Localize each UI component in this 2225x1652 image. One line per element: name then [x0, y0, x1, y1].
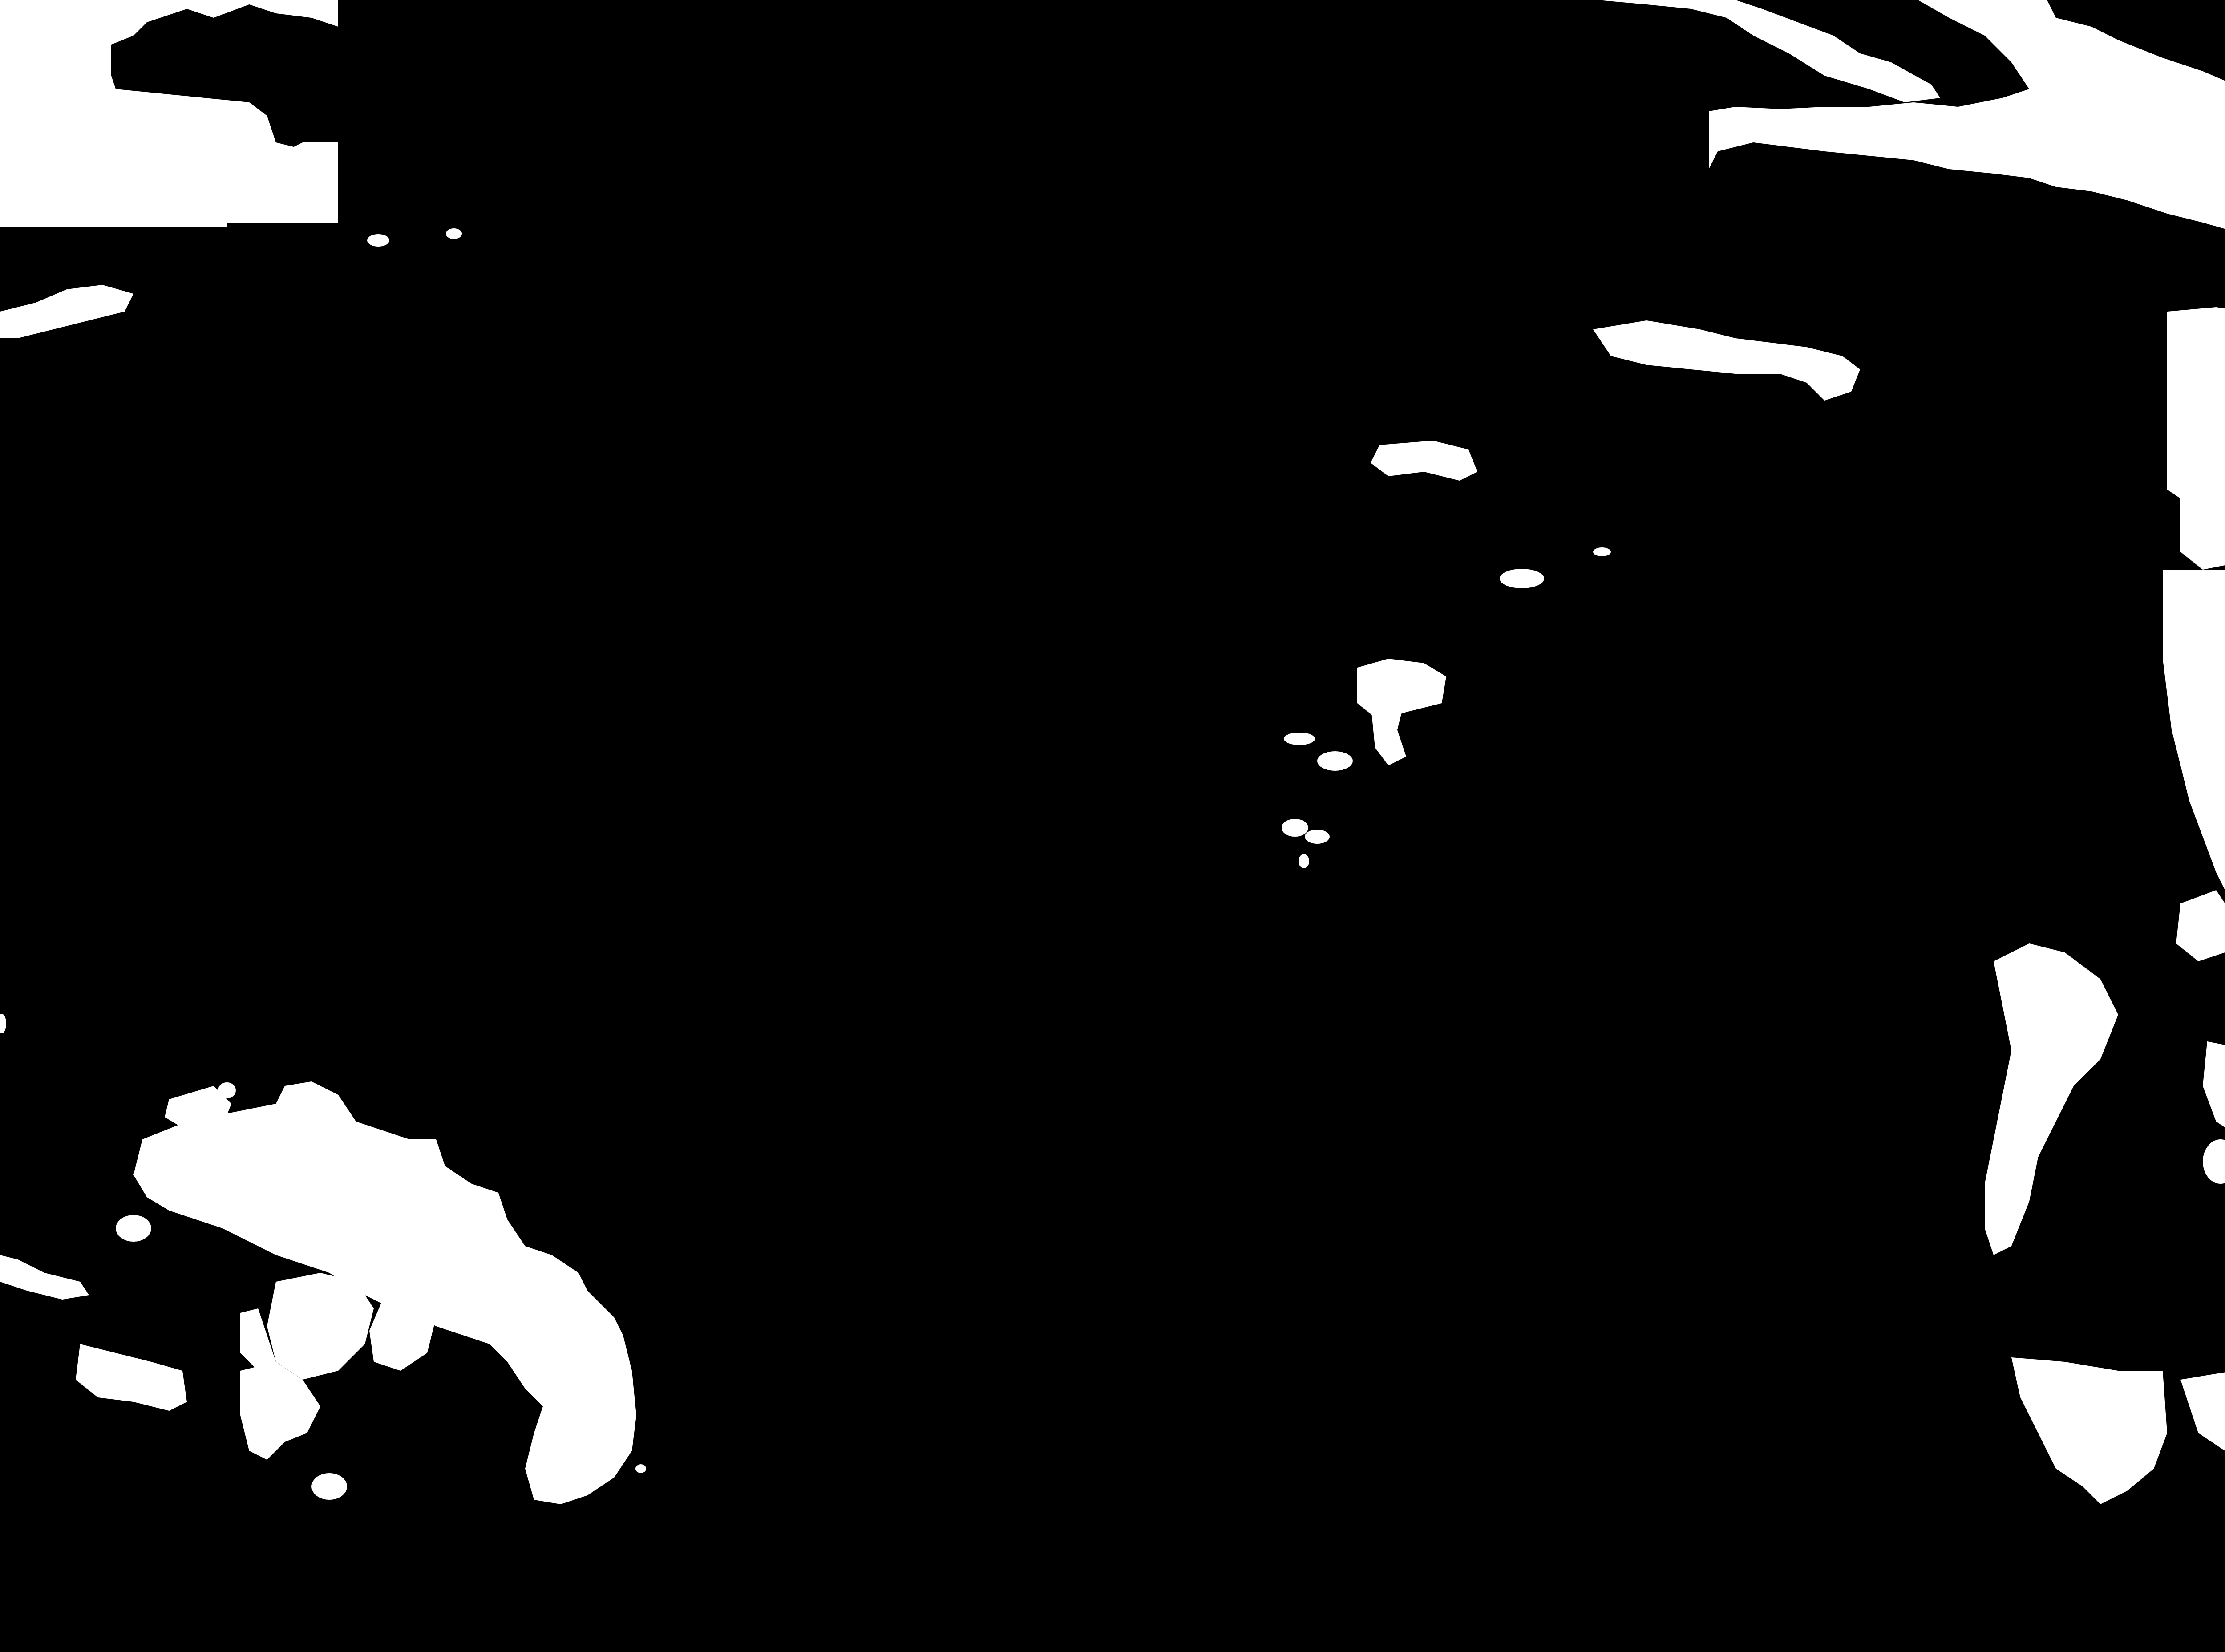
segmentation-mask	[0, 0, 2225, 1652]
mask-region	[116, 1215, 151, 1242]
mask-region	[1593, 547, 1611, 556]
mask-region	[218, 1082, 236, 1098]
mask-region	[1284, 733, 1315, 745]
mask-region	[367, 234, 389, 247]
mask-region	[446, 228, 462, 239]
mask-region	[1282, 819, 1308, 837]
mask-region	[2180, 445, 2225, 570]
mask-region	[311, 1473, 347, 1500]
mask-region	[1317, 751, 1353, 771]
mask-region	[635, 1464, 646, 1473]
mask-region	[1500, 569, 1544, 588]
mask-region	[1305, 830, 1330, 844]
mask-region	[1299, 854, 1309, 868]
mask-background	[0, 0, 2225, 1652]
